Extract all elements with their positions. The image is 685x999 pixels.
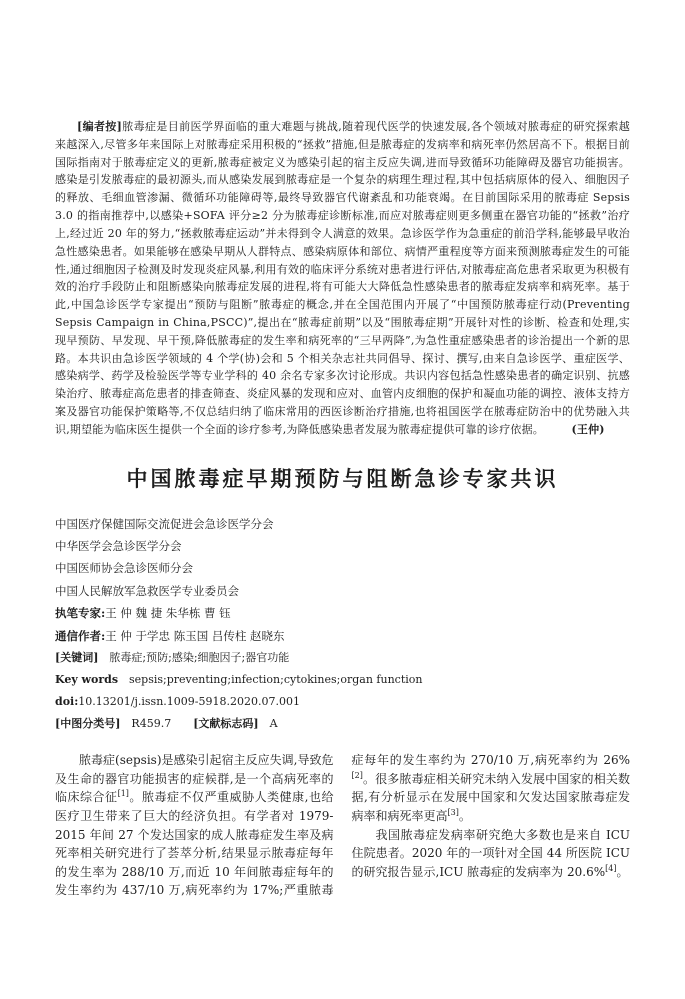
text-segment: 。很多脓毒症相关研究未纳入发展中国家的相关数据,有分析显示在发展中国家和欠发达国… [352,772,631,823]
doi-value: 10.13201/j.issn.1009-5918.2020.07.001 [78,695,300,708]
editor-note-body: 脓毒症是目前医学界面临的重大难题与挑战,随着现代医学的快速发展,各个领域对脓毒症… [55,120,630,436]
editor-note-label: [编者按] [77,120,122,133]
organization-item: 中国医疗保健国际交流促进会急诊医学分会 [55,513,630,535]
organization-item: 中国人民解放军急救医学专业委员会 [55,580,630,602]
text-segment: 。 [459,809,471,823]
doc-code-label: [文献标志码] [193,717,258,730]
keywords-en-value: sepsis;preventing;infection;cytokines;or… [129,673,422,686]
body-text-columns: 脓毒症(sepsis)是感染引起宿主反应失调,导致危及生命的器官功能损害的症候群… [55,751,630,900]
keywords-en-label: Key words [55,673,118,686]
organization-item: 中华医学会急诊医学分会 [55,535,630,557]
body-paragraph: 我国脓毒症发病率研究绝大多数也是来自 ICU 住院患者。2020 年的一项针对全… [352,826,631,882]
writing-experts-names: 王 仲 魏 捷 朱华栋 曹 钰 [105,606,230,620]
organization-list: 中国医疗保健国际交流促进会急诊医学分会中华医学会急诊医学分会中国医师协会急诊医师… [55,513,630,603]
classification-line: [中图分类号]R459.7[文献标志码]A [55,713,630,735]
corresponding-authors-line: 通信作者:王 仲 于学忠 陈玉国 吕传柱 赵晓东 [55,625,630,647]
citation-marker: [3] [448,808,459,817]
doc-code-value: A [270,717,278,730]
editor-note: [编者按]脓毒症是目前医学界面临的重大难题与挑战,随着现代医学的快速发展,各个领… [55,118,630,439]
editor-note-signature: (王仲) [572,423,605,436]
citation-marker: [2] [352,771,363,780]
writing-experts-line: 执笔专家:王 仲 魏 捷 朱华栋 曹 钰 [55,602,630,624]
clc-value: R459.7 [131,717,171,730]
keywords-line: [关键词]脓毒症;预防;感染;细胞因子;器官功能 [55,647,630,669]
keywords-value: 脓毒症;预防;感染;细胞因子;器官功能 [109,651,289,664]
corresponding-authors-names: 王 仲 于学忠 陈玉国 吕传柱 赵晓东 [105,629,284,643]
doi-line: doi:10.13201/j.issn.1009-5918.2020.07.00… [55,691,630,713]
text-segment: 。 [616,865,628,879]
clc-label: [中图分类号] [55,717,120,730]
text-segment: 我国脓毒症发病率研究绝大多数也是来自 ICU 住院患者。2020 年的一项针对全… [352,828,631,879]
writing-experts-label: 执笔专家: [55,606,105,620]
corresponding-authors-label: 通信作者: [55,629,105,643]
journal-page: [编者按]脓毒症是目前医学界面临的重大难题与挑战,随着现代医学的快速发展,各个领… [0,0,685,999]
organization-item: 中国医师协会急诊医师分会 [55,557,630,579]
citation-marker: [4] [605,864,616,873]
keywords-label: [关键词] [55,651,98,664]
page-title: 中国脓毒症早期预防与阻断急诊专家共识 [55,463,630,493]
citation-marker: [1] [118,789,129,798]
doi-label: doi: [55,695,78,708]
keywords-en-line: Key wordssepsis;preventing;infection;cyt… [55,669,630,691]
